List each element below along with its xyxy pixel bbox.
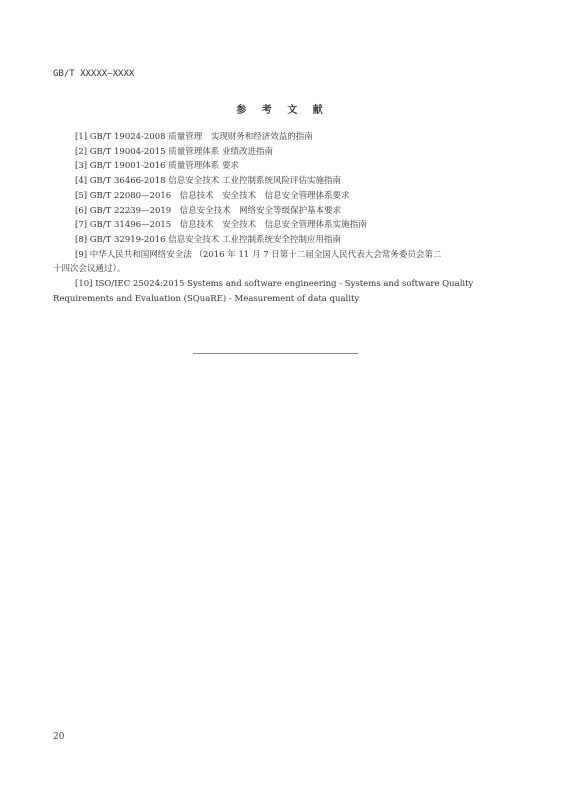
- reference-item: [2] GB/T 19004-2015 质量管理体系 业绩改进指南: [53, 145, 523, 160]
- end-separator-line: [193, 353, 358, 354]
- reference-item: [7] GB/T 31496—2015 信息技术 安全技术 信息安全管理体系实施…: [53, 218, 523, 233]
- reference-item: [3] GB/T 19001-2016 质量管理体系 要求: [53, 159, 523, 174]
- reference-item: [10] ISO/IEC 25024:2015 Systems and soft…: [53, 277, 523, 292]
- page-number: 20: [53, 732, 64, 742]
- reference-item: [9] 中华人民共和国网络安全法 （2016 年 11 月 7 日第十二届全国人…: [53, 248, 523, 263]
- reference-item: [1] GB/T 19024-2008 质量管理 实现财务和经济效益的指南: [53, 130, 523, 145]
- standard-code-header: GB/T XXXXX—XXXX: [53, 69, 134, 79]
- reference-item: [4] GB/T 36466-2018 信息安全技术 工业控制系统风险评估实施指…: [53, 174, 523, 189]
- reference-item-continuation: Requirements and Evaluation (SQuaRE) - M…: [53, 292, 523, 307]
- reference-item: [6] GB/T 22239—2019 信息安全技术 网络安全等级保护基本要求: [53, 204, 523, 219]
- reference-item: [8] GB/T 32919-2016 信息安全技术 工业控制系统安全控制应用指…: [53, 233, 523, 248]
- reference-item: [5] GB/T 22080—2016 信息技术 安全技术 信息安全管理体系要求: [53, 189, 523, 204]
- reference-item-continuation: 十四次会议通过）。: [53, 262, 523, 277]
- section-title: 参 考 文 献: [0, 101, 565, 116]
- reference-list: [1] GB/T 19024-2008 质量管理 实现财务和经济效益的指南 [2…: [53, 130, 523, 306]
